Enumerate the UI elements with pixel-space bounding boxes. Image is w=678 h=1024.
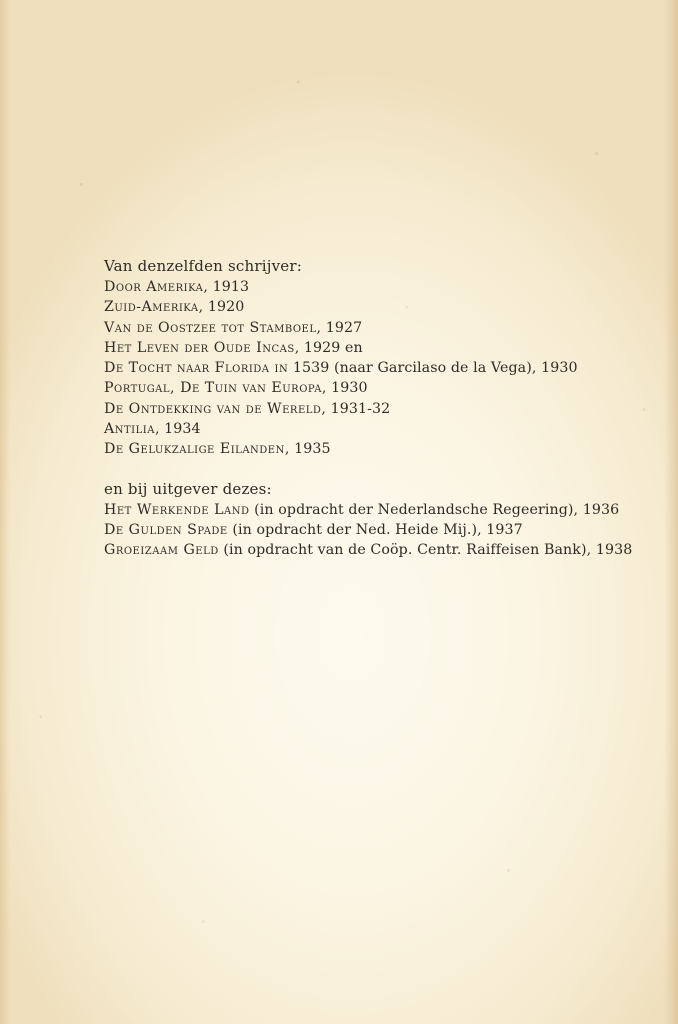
- work-details: (in opdracht der Ned. Heide Mij.), 1937: [228, 522, 523, 538]
- work-details: , 1930: [322, 380, 368, 396]
- list-item: Van de Oostzee tot Stamboel, 1927: [104, 318, 624, 338]
- work-details: (in opdracht van de Coöp. Centr. Raiffei…: [219, 542, 633, 558]
- work-title: Antilia: [104, 421, 155, 437]
- work-title: Portugal, De Tuin van Europa: [104, 380, 322, 396]
- work-details: (in opdracht der Nederlandsche Regeering…: [250, 502, 620, 518]
- section-spacer: [104, 460, 624, 478]
- work-details: 1539 (naar Garcilaso de la Vega), 1930: [288, 360, 577, 376]
- work-title: Het Leven der Oude Incas: [104, 340, 295, 356]
- work-title: Zuid-Amerika: [104, 299, 199, 315]
- work-title: Van de Oostzee tot Stamboel: [104, 320, 317, 336]
- list-item: De Gelukzalige Eilanden, 1935: [104, 439, 624, 459]
- work-title: De Gelukzalige Eilanden: [104, 441, 285, 457]
- bibliography-block: Van denzelfden schrijver: Door Amerika, …: [104, 255, 624, 561]
- list-item: Het Leven der Oude Incas, 1929 en: [104, 338, 624, 358]
- author-section-heading: Van denzelfden schrijver:: [104, 255, 624, 277]
- list-item: Antilia, 1934: [104, 419, 624, 439]
- work-title: Groeizaam Geld: [104, 542, 219, 558]
- work-title: De Gulden Spade: [104, 522, 228, 538]
- list-item: De Tocht naar Florida in 1539 (naar Garc…: [104, 358, 624, 378]
- work-details: , 1920: [199, 299, 245, 315]
- work-details: , 1934: [155, 421, 201, 437]
- work-details: , 1913: [203, 279, 249, 295]
- list-item: Het Werkende Land (in opdracht der Neder…: [104, 500, 624, 520]
- work-title: Het Werkende Land: [104, 502, 250, 518]
- work-details: , 1935: [285, 441, 331, 457]
- page-edge-right: [664, 0, 678, 1024]
- work-details: , 1927: [317, 320, 363, 336]
- publisher-works-list: Het Werkende Land (in opdracht der Neder…: [104, 500, 624, 561]
- work-details: , 1929 en: [295, 340, 363, 356]
- list-item: De Gulden Spade (in opdracht der Ned. He…: [104, 520, 624, 540]
- publisher-section-heading: en bij uitgever dezes:: [104, 478, 624, 500]
- author-works-list: Door Amerika, 1913 Zuid-Amerika, 1920 Va…: [104, 277, 624, 460]
- page-edge-left: [0, 0, 10, 1024]
- work-details: , 1931-32: [321, 401, 390, 417]
- list-item: Zuid-Amerika, 1920: [104, 297, 624, 317]
- list-item: Portugal, De Tuin van Europa, 1930: [104, 378, 624, 398]
- list-item: De Ontdekking van de Wereld, 1931-32: [104, 399, 624, 419]
- list-item: Groeizaam Geld (in opdracht van de Coöp.…: [104, 540, 624, 560]
- work-title: Door Amerika: [104, 279, 203, 295]
- list-item: Door Amerika, 1913: [104, 277, 624, 297]
- work-title: De Tocht naar Florida in: [104, 360, 288, 376]
- work-title: De Ontdekking van de Wereld: [104, 401, 321, 417]
